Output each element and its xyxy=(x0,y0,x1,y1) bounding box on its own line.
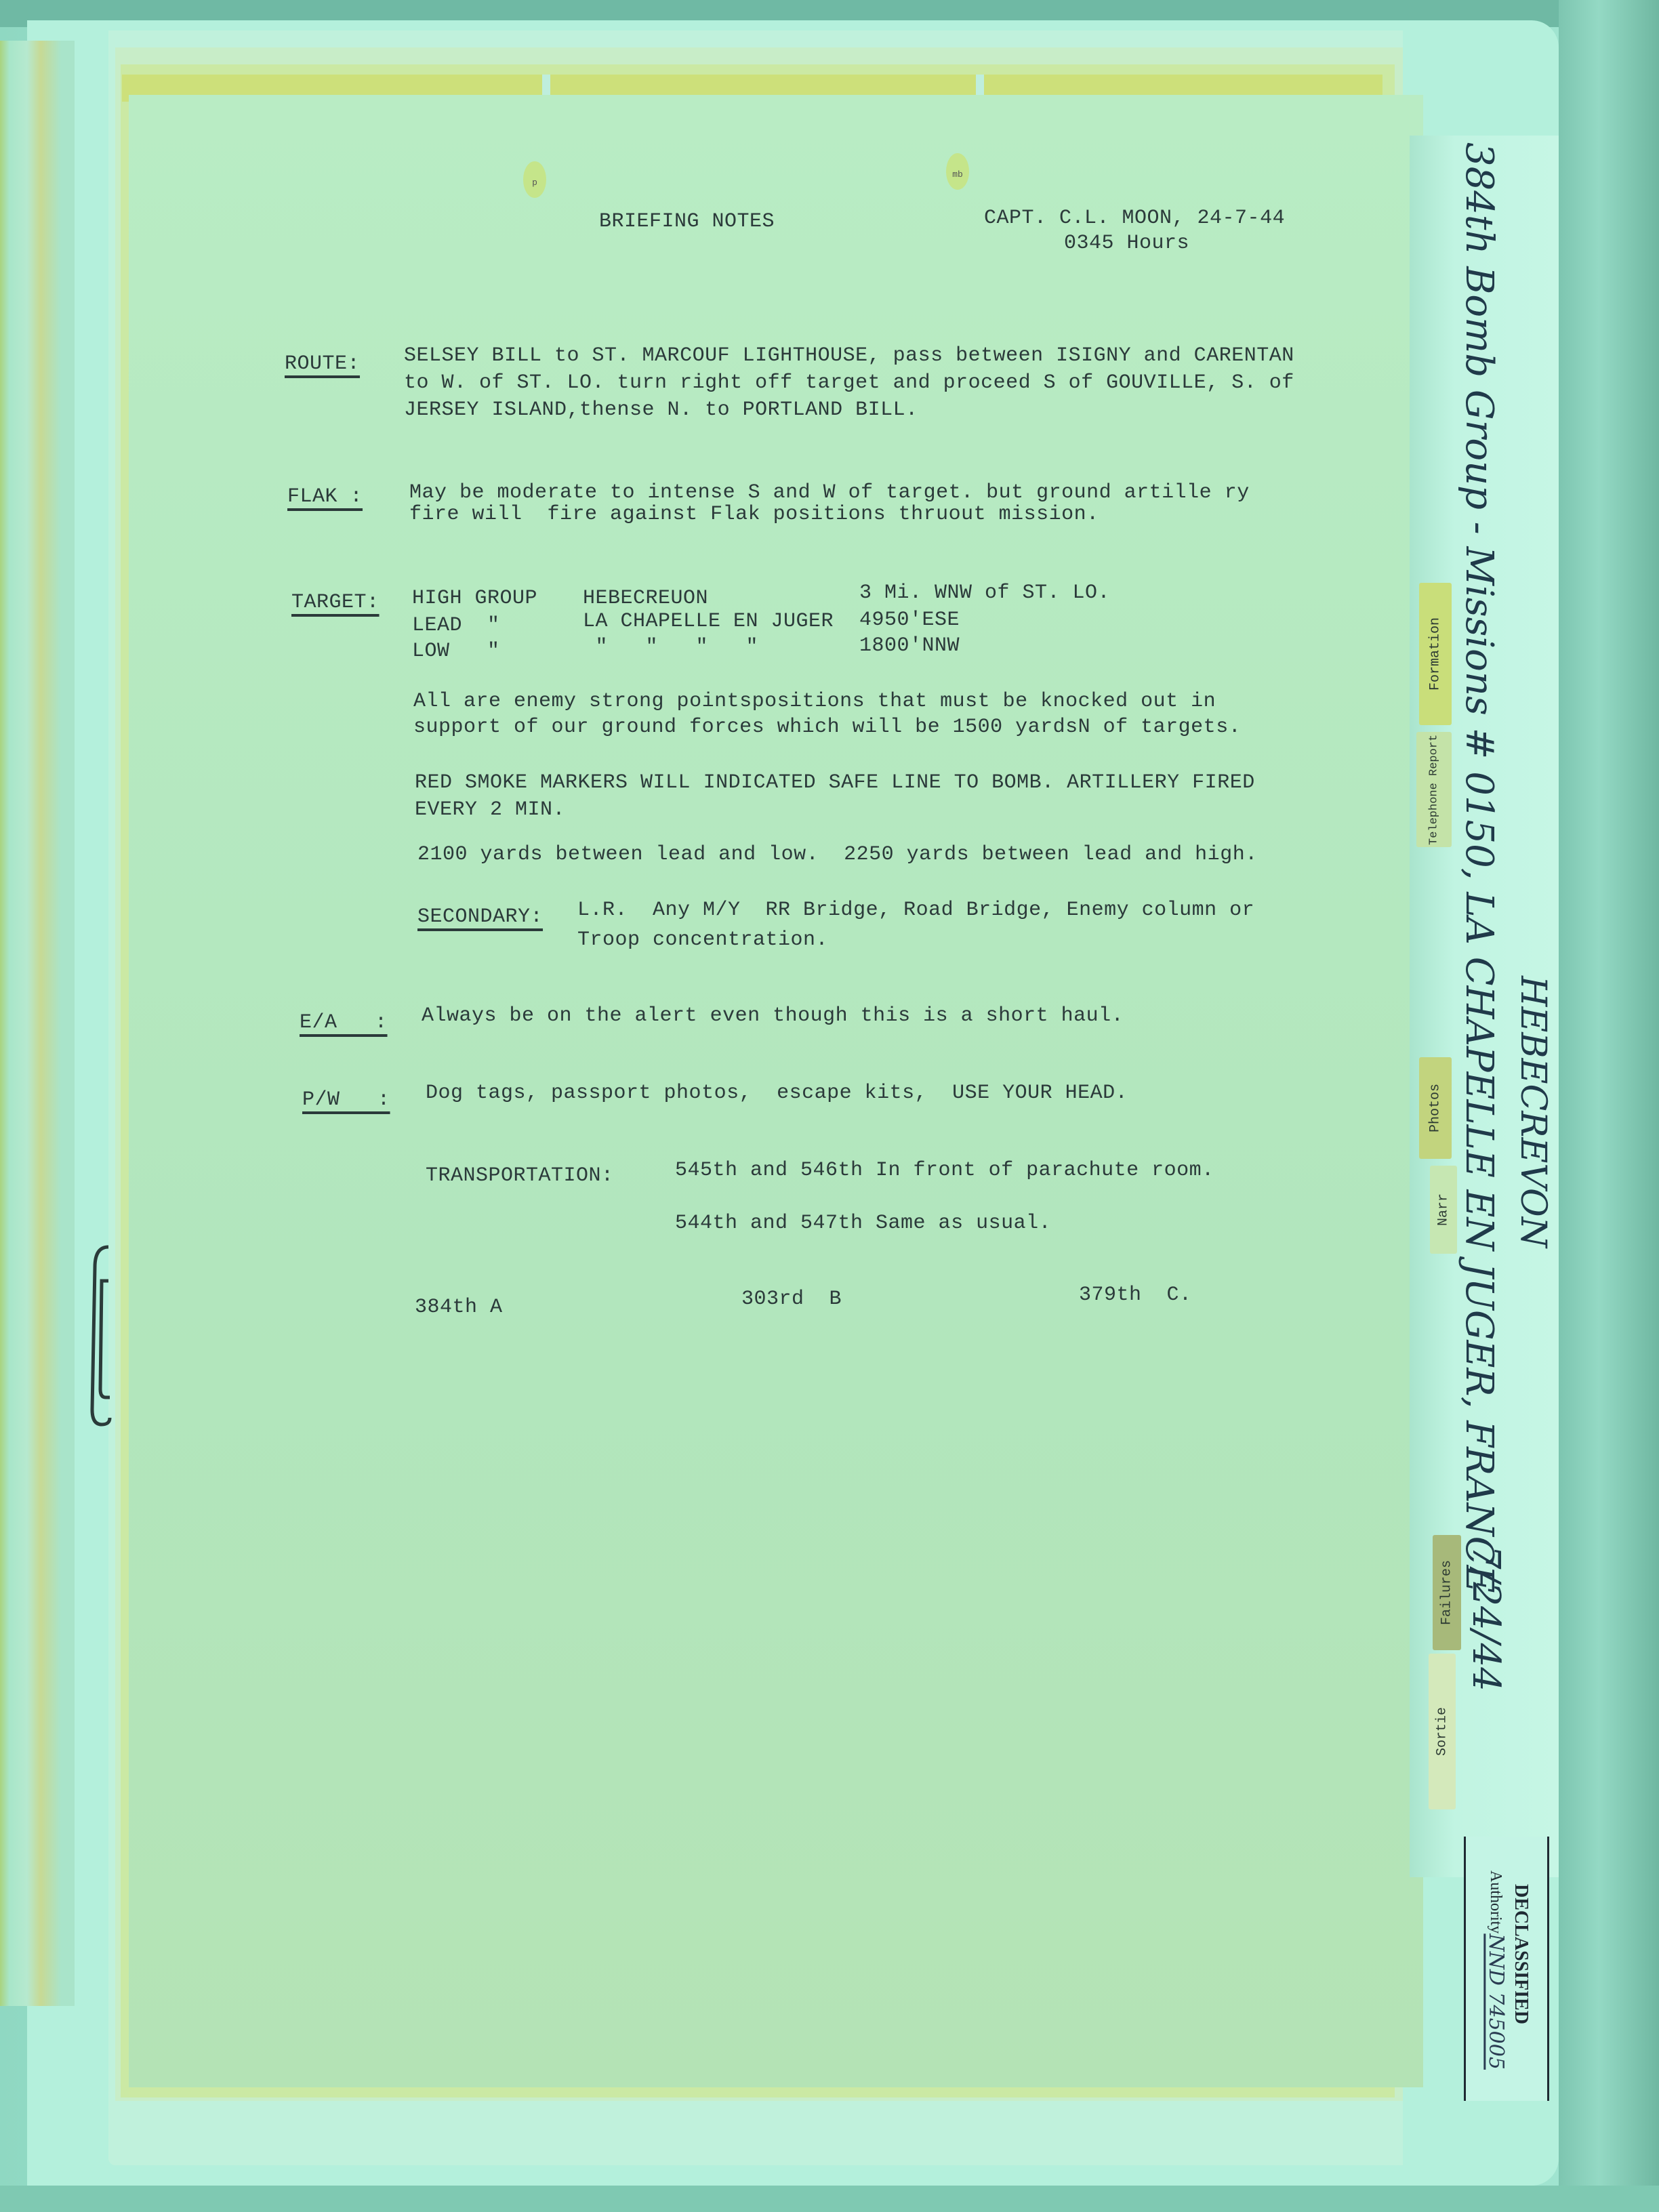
target-distance: 4950'ESE xyxy=(859,609,960,632)
stamp-title: DECLASSIFIED xyxy=(1510,1884,1532,2024)
route-line: to W. of ST. LO. turn right off target a… xyxy=(404,371,1294,394)
handwritten-date: 7/24/44 xyxy=(1464,1545,1508,1692)
left-page-stack xyxy=(0,41,75,2006)
secondary-line: Troop concentration. xyxy=(577,928,828,951)
tab-telephone-report[interactable]: Telephone Report xyxy=(1416,732,1452,847)
tab-photos[interactable]: Photos xyxy=(1419,1057,1452,1159)
tab-label: Failures xyxy=(1439,1560,1455,1625)
transportation-label: TRANSPORTATION: xyxy=(426,1164,614,1187)
tab-label: Telephone Report xyxy=(1428,734,1441,844)
punch-hole: mb xyxy=(946,153,969,190)
secondary-label: SECONDARY: xyxy=(417,905,543,928)
target-paragraph-line: All are enemy strong pointspositions tha… xyxy=(413,690,1216,713)
punch-hole-mark: p xyxy=(532,178,537,188)
flak-line: fire will fire against Flak positions th… xyxy=(409,503,1099,526)
route-label: ROUTE: xyxy=(285,352,360,375)
backdrop-bottom xyxy=(0,2186,1659,2212)
target-distance: 1800'NNW xyxy=(859,634,960,657)
briefing-time: 0345 Hours xyxy=(1064,232,1189,255)
punch-hole: p xyxy=(523,161,546,198)
tab-label: Photos xyxy=(1428,1084,1443,1132)
tab-label: Narr xyxy=(1436,1193,1452,1226)
stamp-authority: AuthorityNND 745005 xyxy=(1484,1870,1508,2070)
group-assignment: 384th A xyxy=(415,1296,503,1319)
author-date: CAPT. C.L. MOON, 24-7-44 xyxy=(984,207,1285,230)
target-paragraph-line: RED SMOKE MARKERS WILL INDICATED SAFE LI… xyxy=(415,771,1255,794)
target-distance: 3 Mi. WNW of ST. LO. xyxy=(859,581,1110,605)
handwritten-target: HEBECREVON xyxy=(1513,976,1553,1248)
tab-sortie[interactable]: Sortie xyxy=(1429,1654,1456,1809)
flak-line: May be moderate to intense S and W of ta… xyxy=(409,481,1250,504)
pw-text: Dog tags, passport photos, escape kits, … xyxy=(426,1082,1128,1105)
pw-label: P/W : xyxy=(302,1088,390,1111)
punch-hole-mark: mb xyxy=(952,169,963,180)
secondary-line: L.R. Any M/Y RR Bridge, Road Bridge, Ene… xyxy=(577,899,1254,922)
target-label: TARGET: xyxy=(291,591,380,614)
stamp-authority-label: Authority xyxy=(1487,1870,1504,1933)
route-line: SELSEY BILL to ST. MARCOUF LIGHTHOUSE, p… xyxy=(404,344,1294,367)
backdrop-right xyxy=(1559,0,1659,2212)
tab-formation[interactable]: Formation xyxy=(1419,583,1452,725)
target-paragraph-line: 2100 yards between lead and low. 2250 ya… xyxy=(417,843,1258,866)
target-place: LA CHAPELLE EN JUGER xyxy=(583,610,834,633)
paperclip-icon xyxy=(88,1240,112,1430)
tab-label: Sortie xyxy=(1435,1707,1450,1756)
target-group: HIGH GROUP xyxy=(412,587,537,610)
target-place: " " " " xyxy=(583,636,758,659)
transportation-line: 544th and 547th Same as usual. xyxy=(675,1212,1051,1235)
route-line: JERSEY ISLAND,thense N. to PORTLAND BILL… xyxy=(404,398,918,422)
target-place: HEBECREUON xyxy=(583,587,708,610)
group-assignment: 303rd B xyxy=(741,1288,842,1311)
transportation-line: 545th and 546th In front of parachute ro… xyxy=(675,1159,1214,1182)
target-group: LOW " xyxy=(412,640,500,663)
group-assignment: 379th C. xyxy=(1079,1284,1192,1307)
stamp-authority-number: NND 745005 xyxy=(1484,1933,1508,2070)
target-group: LEAD " xyxy=(412,614,500,637)
flak-label: FLAK : xyxy=(287,485,363,508)
handwritten-folder-label: 384th Bomb Group - Missions # 0150, LA C… xyxy=(1457,142,1501,1593)
target-paragraph-line: support of our ground forces which will … xyxy=(413,716,1241,739)
target-paragraph-line: EVERY 2 MIN. xyxy=(415,798,565,821)
ea-label: E/A : xyxy=(300,1011,388,1034)
tab-narrative[interactable]: Narr xyxy=(1430,1166,1457,1254)
ea-text: Always be on the alert even though this … xyxy=(422,1004,1124,1027)
tab-label: Formation xyxy=(1428,617,1443,691)
document-title: BRIEFING NOTES xyxy=(599,210,775,233)
